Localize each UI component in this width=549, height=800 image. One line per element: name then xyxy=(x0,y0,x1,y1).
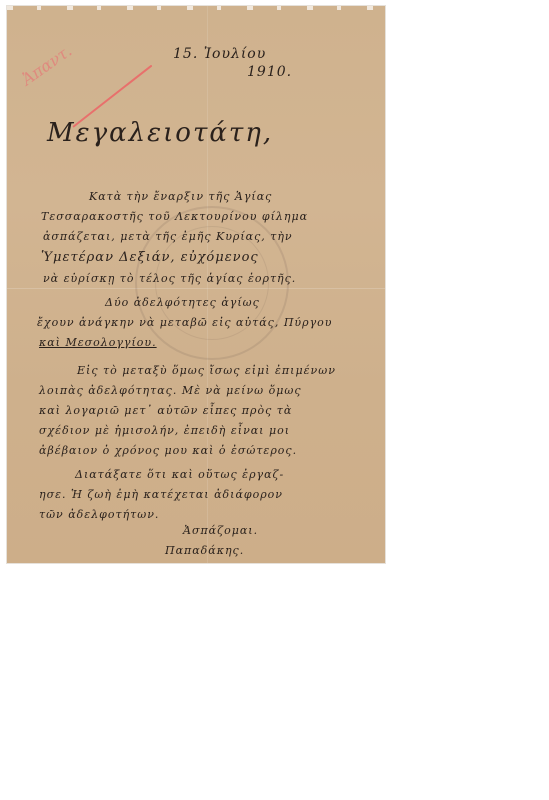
body-line: λοιπὰς ἀδελφότητας. Μὲ νὰ μείνω ὅμως xyxy=(39,384,302,397)
closing: Ἀσπάζομαι. xyxy=(183,524,258,537)
body-line: τῶν ἀδελφοτήτων. xyxy=(39,508,159,521)
body-line: ἔχουν ἀνάγκην νὰ μεταβῶ εἰς αὐτάς, Πύργο… xyxy=(37,316,332,329)
body-line: Διατάξατε ὅτι καὶ οὕτως ἐργαζ- xyxy=(75,468,284,481)
margin-note-red: Ἀπαντ. xyxy=(18,41,75,89)
body-line: Εἰς τὸ μεταξὺ ὅμως ἴσως εἰμὶ ἐπιμένων xyxy=(77,364,336,377)
body-line: Δύο ἀδελφότητες ἀγίως xyxy=(105,296,260,309)
signature: Παπαδάκης. xyxy=(165,544,244,557)
body-line: σχέδιον μὲ ἡμισολήν, ἐπειδὴ εἶναι μοι xyxy=(39,424,290,437)
body-line: καὶ Μεσολογγίου. xyxy=(39,336,157,349)
date-year: 1910. xyxy=(247,64,292,80)
date-day-month: 15. Ἰουλίου xyxy=(173,46,266,62)
body-line: ἀβέβαιον ὁ χρόνος μου καὶ ὁ ἐσώτερος. xyxy=(39,444,297,457)
body-line: ησε. Ἡ ζωὴ ἐμὴ κατέχεται ἀδιάφορον xyxy=(39,488,283,501)
body-line: καὶ λογαριῶ μετ᾿ αὐτῶν εἶπες πρὸς τὰ xyxy=(39,404,292,417)
body-line: Ὑμετέραν Δεξιάν, εὐχόμενος xyxy=(41,250,259,265)
body-line: Τεσσαρακοστῆς τοῦ Λεκτουρίνου φίλημα xyxy=(41,210,308,223)
letter-page: Ἀπαντ. 15. Ἰουλίου 1910. Μεγαλειοτάτη, Κ… xyxy=(7,6,385,563)
salutation: Μεγαλειοτάτη, xyxy=(47,118,273,148)
body-line: Κατὰ τὴν ἔναρξιν τῆς Ἁγίας xyxy=(89,190,272,203)
body-line: ἀσπάζεται, μετὰ τῆς ἐμῆς Κυρίας, τὴν xyxy=(43,230,293,243)
body-line: νὰ εὑρίσκῃ τὸ τέλος τῆς ἁγίας ἑορτῆς. xyxy=(43,272,296,285)
